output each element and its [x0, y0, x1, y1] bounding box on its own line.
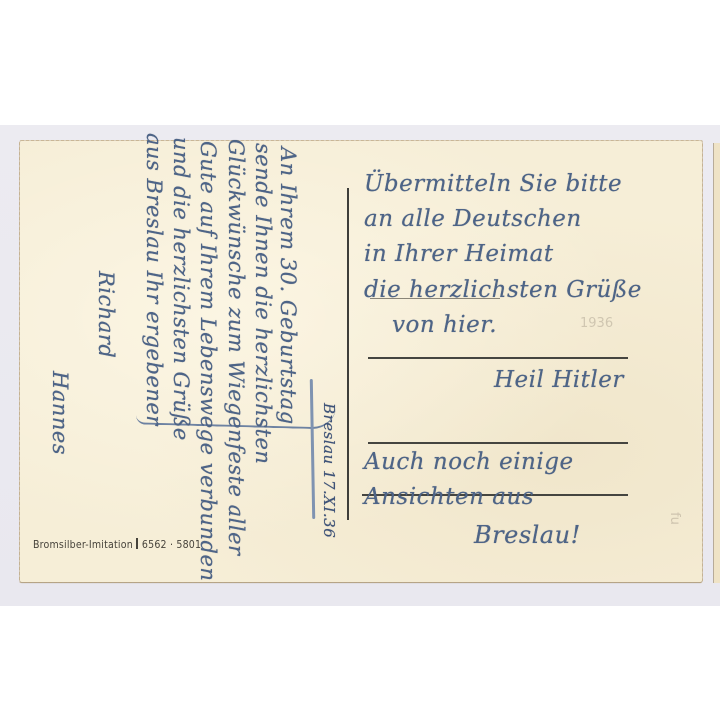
left-message-line: Gute auf Ihrem Lebenswege verbunden — [196, 141, 220, 581]
postscript-line: Auch noch einige — [364, 449, 574, 475]
imprint-brand: Bromsilber-Imitation — [33, 539, 133, 551]
message-line: Übermitteln Sie bitte — [364, 171, 622, 197]
address-line-2 — [368, 442, 628, 444]
left-message-line: aus Breslau Ihr ergebener — [142, 133, 166, 426]
postcard-back: Übermitteln Sie bitte an alle Deutschen … — [20, 141, 702, 582]
signature-line: Richard — [94, 271, 118, 358]
salutation: Heil Hitler — [494, 367, 624, 393]
pencil-mark: fu — [667, 512, 682, 525]
left-message-line: Glückwünsche zum Wiegenfeste aller — [224, 139, 248, 556]
adjacent-card-edge — [714, 143, 720, 583]
message-line: die herzlichsten Grüße — [364, 277, 642, 303]
date-line: Breslau 17.XI.36 — [320, 403, 338, 538]
address-line-1 — [368, 357, 628, 359]
left-message-line: An Ihrem 30. Geburtstag — [276, 147, 300, 425]
imprint-separator — [136, 538, 138, 549]
message-line: in Ihrer Heimat — [364, 241, 554, 267]
message-line: an alle Deutschen — [364, 206, 582, 232]
left-message-line: und die herzlichsten Grüße — [169, 137, 193, 441]
imprint-number: 6562 · 5801 — [142, 539, 201, 551]
postscript-line: Ansichten aus — [364, 484, 534, 510]
message-line: von hier. — [392, 312, 497, 338]
date-underline — [310, 379, 315, 519]
signature-line: Hannes — [48, 371, 72, 455]
postscript-line: Breslau! — [474, 521, 581, 549]
printer-imprint: Bromsilber-Imitation6562 · 5801 — [33, 538, 201, 551]
left-message-line: sende Ihnen die herzlichsten — [251, 143, 275, 464]
pencil-mark: 1936 — [580, 316, 613, 331]
center-divider-line — [347, 188, 349, 520]
